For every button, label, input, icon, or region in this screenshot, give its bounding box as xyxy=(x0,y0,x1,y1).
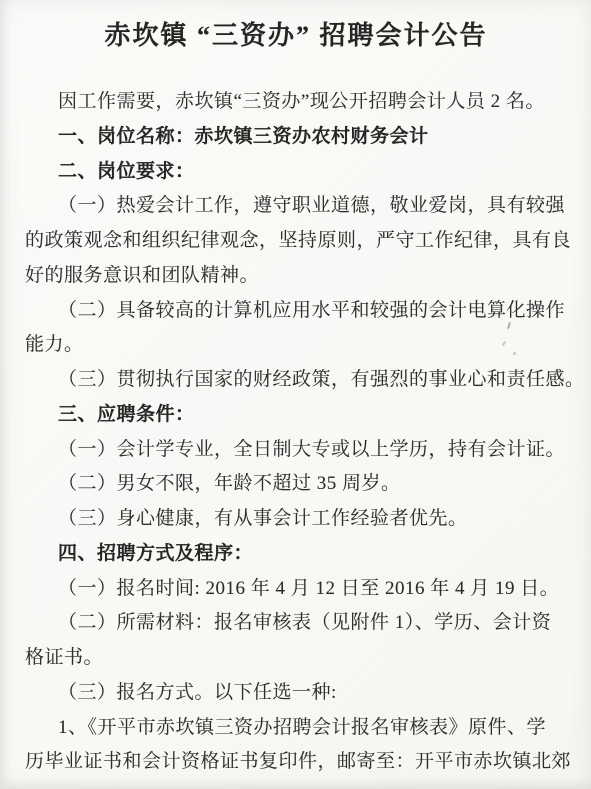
doc-line: 格证书。 xyxy=(25,641,567,676)
doc-line: （一）报名时间: 2016 年 4 月 12 日至 2016 年 4 月 19 … xyxy=(25,572,567,607)
doc-line: （一）会计学专业，全日制大专或以上学历，持有会计证。 xyxy=(25,433,567,468)
doc-line: （二）具备较高的计算机应用水平和较强的会计电算化操作 xyxy=(25,294,567,329)
doc-line: （二）所需材料：报名审核表（见附件 1）、学历、会计资 xyxy=(25,606,567,641)
doc-line: （一）热爱会计工作，遵守职业道德，敬业爱岗，具有较强 xyxy=(25,189,567,224)
doc-title: 赤坎镇 “三资办” 招聘会计公告 xyxy=(25,18,567,54)
doc-line: 历毕业证书和会计资格证书复印件，邮寄至：开平市赤坎镇北郊 xyxy=(25,745,567,780)
doc-heading-section-2: 二、岗位要求： xyxy=(25,155,567,190)
doc-line: 能力。 xyxy=(25,328,567,363)
doc-line: 好的服务意识和团队精神。 xyxy=(25,259,567,294)
doc-line: （三）身心健康，有从事会计工作经验者优先。 xyxy=(25,502,567,537)
doc-line: 的政策观念和组织纪律观念，坚持原则，严守工作纪律，具有良 xyxy=(25,224,567,259)
doc-heading-section-1: 一、岗位名称：赤坎镇三资办农村财务会计 xyxy=(25,120,567,155)
scanned-document-page: 赤坎镇 “三资办” 招聘会计公告 因工作需要，赤坎镇“三资办”现公开招聘会计人员… xyxy=(0,0,591,789)
doc-paragraph-intro: 因工作需要，赤坎镇“三资办”现公开招聘会计人员 2 名。 xyxy=(25,85,567,120)
scan-speck xyxy=(513,352,516,355)
doc-heading-section-3: 三、应聘条件： xyxy=(25,398,567,433)
doc-line: （三）贯彻执行国家的财经政策，有强烈的事业心和责任感。 xyxy=(25,363,567,398)
doc-line: 1、《开平市赤坎镇三资办招聘会计报名审核表》原件、学 xyxy=(25,711,567,746)
doc-line: （二）男女不限，年龄不超过 35 周岁。 xyxy=(25,467,567,502)
doc-heading-section-4: 四、招聘方式及程序： xyxy=(25,537,567,572)
doc-line: （三）报名方式。以下任选一种: xyxy=(25,676,567,711)
